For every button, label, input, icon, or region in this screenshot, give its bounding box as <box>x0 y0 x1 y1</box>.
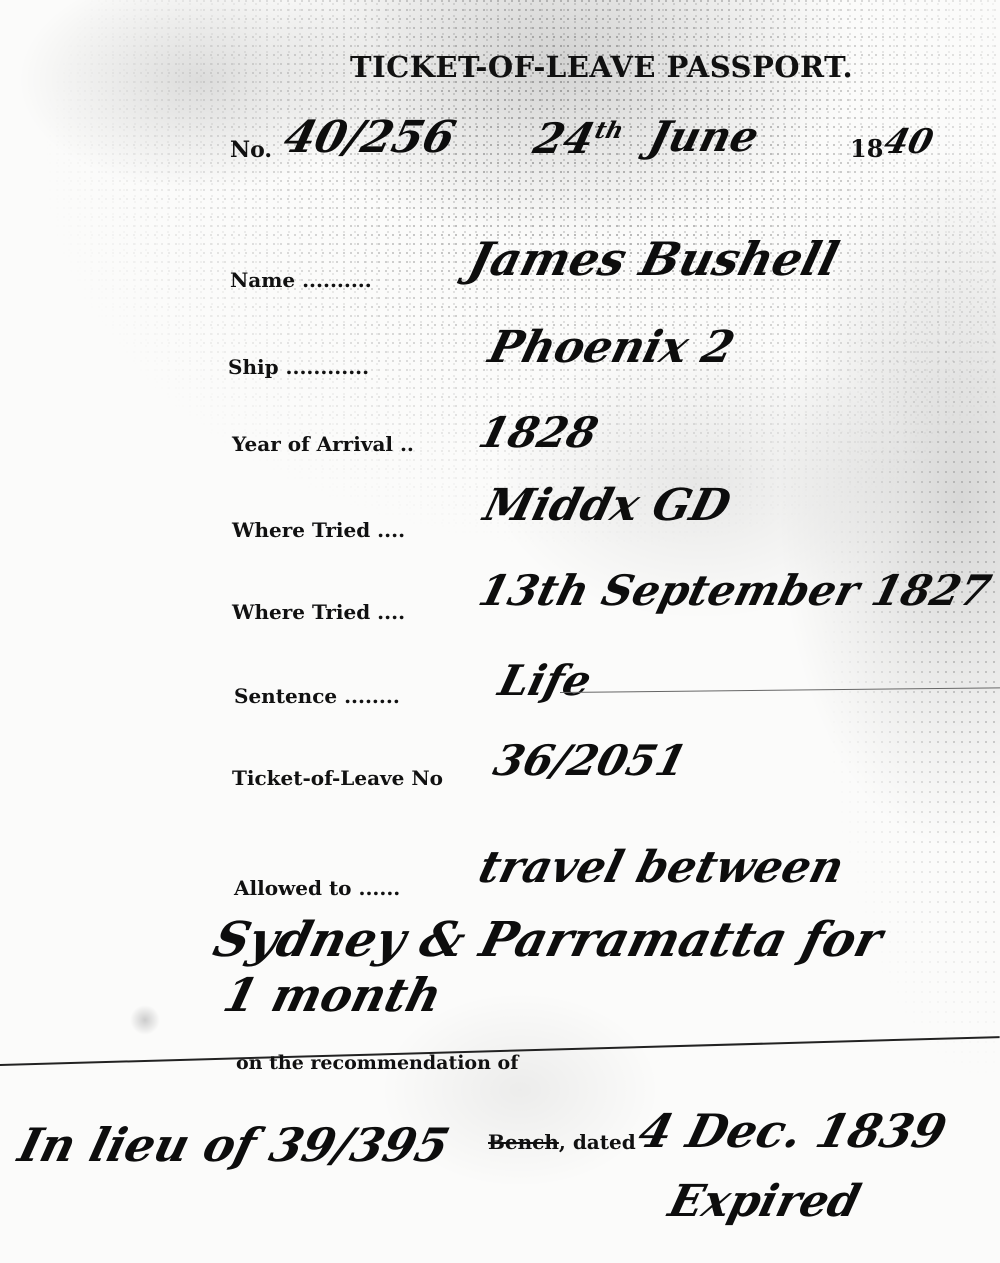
date-day: 24th <box>529 114 627 163</box>
field-value: 36/2051 <box>489 736 692 785</box>
allowed-to-line-3: 1 month <box>218 968 447 1022</box>
status-expired: Expired <box>664 1176 866 1227</box>
document-title: TICKET-OF-LEAVE PASSPORT. <box>350 50 853 84</box>
field-label: Sentence ........ <box>234 684 400 708</box>
date-day-suffix: th <box>592 117 626 144</box>
field-value: James Bushell <box>463 232 844 286</box>
field-value: 13th September 1827 <box>474 566 996 615</box>
faint-divider-line <box>560 687 1000 693</box>
field-label: Year of Arrival .. <box>232 432 414 456</box>
field-label: Where Tried .... <box>232 518 405 542</box>
field-label: Name .......... <box>230 268 372 292</box>
field-value: Life <box>494 656 596 705</box>
bench-dated: Bench, dated <box>488 1130 636 1154</box>
field-label: Allowed to ...... <box>234 876 400 900</box>
bench-label: Bench <box>488 1130 559 1154</box>
dated-value: 4 Dec. 1839 <box>633 1104 952 1158</box>
ink-smudge <box>130 1005 160 1035</box>
field-value: travel between <box>474 842 849 893</box>
field-label: Ship ............ <box>228 355 369 379</box>
ticket-of-leave-passport: TICKET-OF-LEAVE PASSPORT. No. 40/256 24t… <box>0 0 1000 1263</box>
date-day-number: 24 <box>529 114 600 163</box>
field-label: Ticket-of-Leave No <box>232 766 443 790</box>
field-value: Phoenix 2 <box>484 322 740 373</box>
recommendation-label: on the recommendation of <box>236 1052 518 1074</box>
field-value: Middx GD <box>479 480 736 531</box>
field-label: Where Tried .... <box>232 600 405 624</box>
dated-label: , dated <box>559 1130 636 1154</box>
date-year-written: 40 <box>880 122 937 162</box>
date-year-printed: 18 <box>850 134 883 163</box>
number-label: No. <box>230 137 272 163</box>
allowed-to-line-2: Sydney & Parramatta for <box>208 912 888 968</box>
number-value: 40/256 <box>279 112 461 163</box>
field-value: 1828 <box>474 408 603 457</box>
margin-note: In lieu of 39/395 <box>13 1118 454 1172</box>
date-month: June <box>644 112 764 161</box>
